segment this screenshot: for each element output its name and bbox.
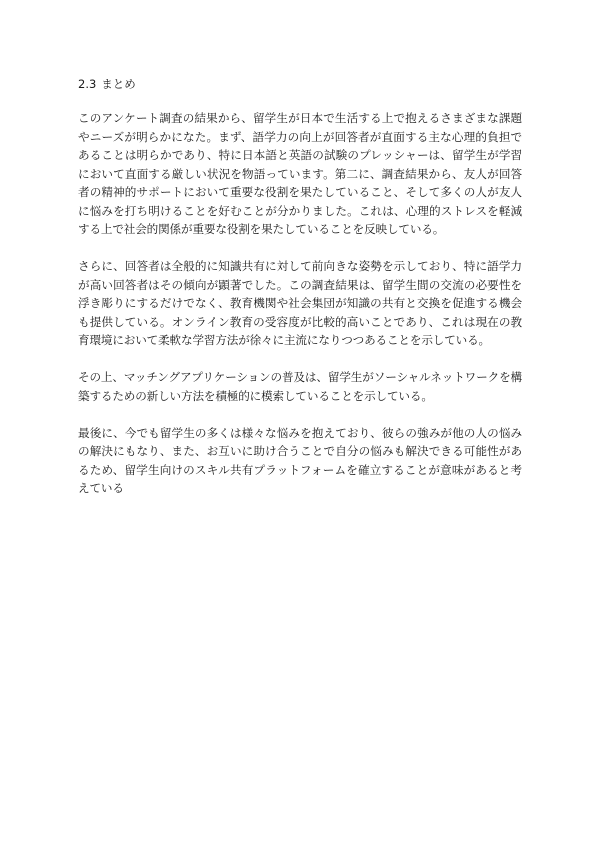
paragraph-conclusion: 最後に、今でも留学生の多くは様々な悩みを抱えており、彼らの強みが他の人の悩みの解… xyxy=(78,424,522,498)
section-number: 2.3 xyxy=(78,77,96,91)
paragraph-knowledge-sharing: さらに、回答者は全般的に知識共有に対して前向きな姿勢を示しており、特に語学力が高… xyxy=(78,257,522,350)
paragraph-summary-findings: このアンケート調査の結果から、留学生が日本で生活する上で抱えるさまざまな課題やニ… xyxy=(78,109,522,239)
section-heading: 2.3まとめ xyxy=(78,76,522,92)
document-page: 2.3まとめ このアンケート調査の結果から、留学生が日本で生活する上で抱えるさま… xyxy=(78,76,522,516)
paragraph-matching-apps: その上、マッチングアプリケーションの普及は、留学生がソーシャルネットワークを構築… xyxy=(78,368,522,405)
section-title: まとめ xyxy=(101,77,136,91)
